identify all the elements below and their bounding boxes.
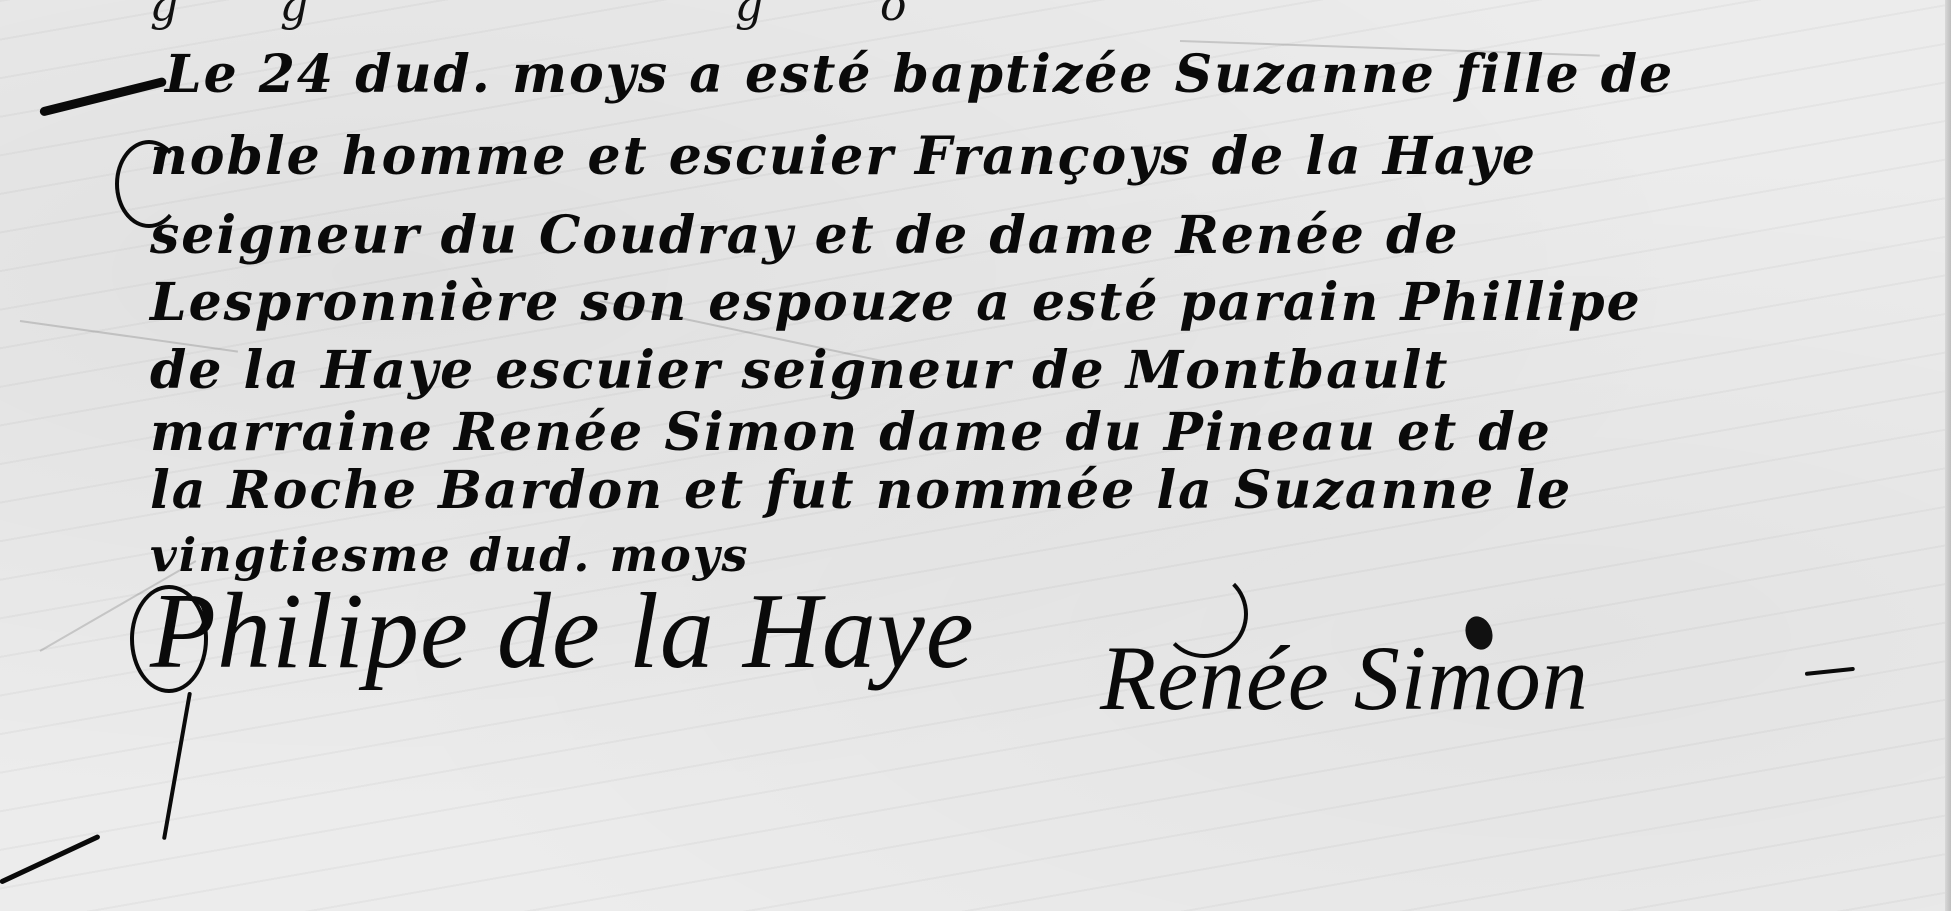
text-fragment: o bbox=[880, 0, 907, 31]
page-edge bbox=[1945, 0, 1951, 911]
text-fragment: g bbox=[150, 0, 178, 31]
text-fragment: g bbox=[280, 0, 308, 31]
signature-godmother: Renée Simon bbox=[1100, 625, 1589, 731]
entry-line-5: de la Haye escuier seigneur de Montbault bbox=[150, 340, 1449, 401]
entry-line-2: noble homme et escuier Françoys de la Ha… bbox=[150, 126, 1537, 187]
margin-stroke bbox=[0, 834, 101, 885]
signature-dash bbox=[1805, 667, 1855, 676]
entry-line-4: Lespronnière son espouze a esté parain P… bbox=[150, 272, 1642, 333]
text-fragment: g bbox=[735, 0, 763, 31]
manuscript-page: g g g o Le 24 dud. moys a esté baptizée … bbox=[0, 0, 1951, 911]
initial-flourish bbox=[39, 77, 167, 117]
entry-line-1: Le 24 dud. moys a esté baptizée Suzanne … bbox=[165, 44, 1674, 105]
signature-godfather: Philipe de la Haye bbox=[150, 570, 975, 694]
previous-entry-fragments: g g g o bbox=[0, 0, 1951, 20]
entry-line-3: seigneur du Coudray et de dame Renée de bbox=[150, 205, 1459, 266]
signature-descender bbox=[162, 692, 192, 840]
capital-flourish bbox=[115, 140, 183, 228]
entry-line-6: marraine Renée Simon dame du Pineau et d… bbox=[150, 402, 1552, 463]
entry-line-7: la Roche Bardon et fut nommée la Suzanne… bbox=[150, 460, 1572, 521]
signature-flourish bbox=[130, 585, 208, 693]
